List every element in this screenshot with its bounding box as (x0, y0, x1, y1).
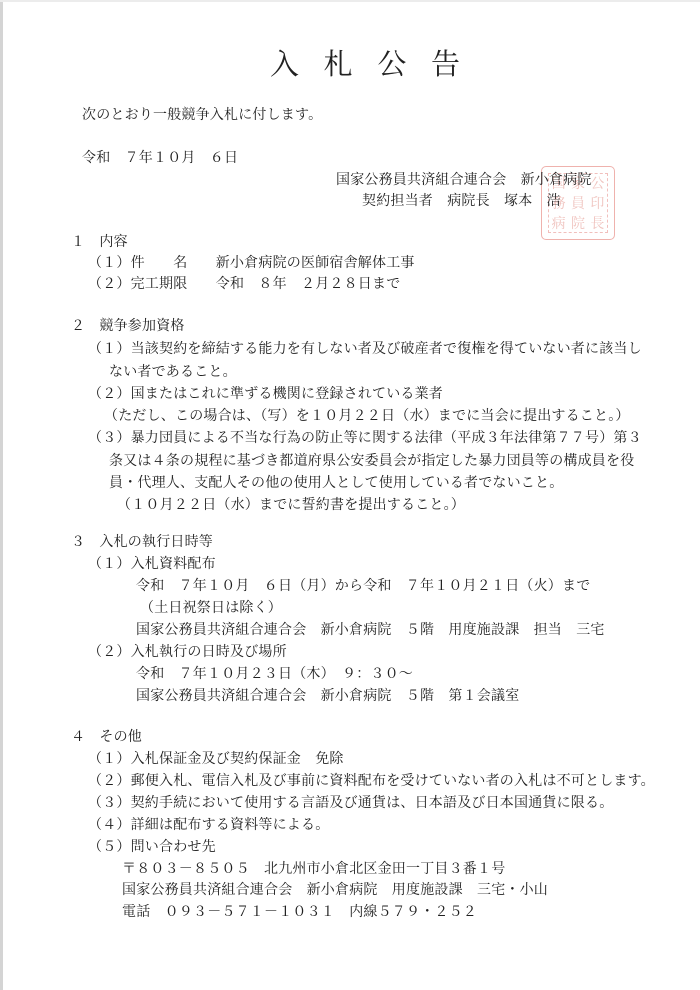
section-heading-bidding-schedule: ３ 入札の執行日時等 (71, 533, 213, 551)
contact-department: 国家公務員共済組合連合会 新小倉病院 用度施設課 三宅・小山 (122, 881, 548, 899)
section-line: ない者であること。 (109, 363, 237, 381)
notice-date: 令和 ７年１０月 ６日 (82, 149, 238, 167)
section-line: 国家公務員共済組合連合会 新小倉病院 ５階 用度施設課 担当 三宅 (136, 621, 605, 639)
section-line: （３）契約手続において使用する言語及び通貨は、日本語及び日本国通貨に限る。 (88, 794, 613, 812)
title-char: 入 (270, 46, 299, 82)
issuer-officer: 契約担当者 病院長 塚本 浩 (362, 192, 561, 210)
page-edge-top (0, 0, 700, 2)
intro-text: 次のとおり一般競争入札に付します。 (82, 106, 322, 124)
contact-phone: 電話 ０９３－５７１－１０３１ 内線５７９・２５２ (122, 903, 477, 921)
section-line: （土日祝祭日は除く） (140, 599, 282, 617)
title-char: 札 (324, 46, 353, 82)
title-char: 告 (431, 46, 460, 82)
section-line: （１）入札資料配布 (88, 555, 216, 573)
section-line: （２）完工期限 令和 ８年 ２月２８日まで (88, 275, 400, 293)
contact-address: 〒８０３－８５０５ 北九州市小倉北区金田一丁目３番１号 (122, 860, 505, 878)
section-line: 令和 ７年１０月２３日（木） ９：３０～ (136, 665, 413, 683)
section-line: （１）件 名 新小倉病院の医師宿舎解体工事 (88, 254, 415, 272)
section-heading-qualifications: ２ 競争参加資格 (71, 317, 185, 335)
section-line: （１）当該契約を締結する能力を有しない者及び破産者で復権を得ていない者に該当し (88, 340, 642, 358)
section-line: （４）詳細は配布する資料等による。 (88, 816, 329, 834)
section-line: 令和 ７年１０月 ６日（月）から令和 ７年１０月２１日（火）まで (136, 577, 590, 595)
section-heading-contents: １ 内容 (71, 233, 128, 251)
section-line: （２）国またはこれに準ずる機関に登録されている業者 (88, 385, 443, 403)
section-line: 国家公務員共済組合連合会 新小倉病院 ５階 第１会議室 (136, 687, 519, 705)
section-line: 条又は４条の規程に基づき都道府県公安委員会が指定した暴力団員等の構成員を役 (109, 452, 634, 470)
page-edge (0, 0, 3, 990)
section-line: （１０月２２日（水）までに誓約書を提出すること。） (117, 496, 465, 514)
title-char: 公 (377, 46, 406, 82)
section-line: （３）暴力団員による不当な行為の防止等に関する法律（平成３年法律第７７号）第３ (88, 429, 642, 447)
section-line: （ただし、この場合は、（写）を１０月２２日（水）までに当会に提出すること。） (104, 407, 630, 425)
section-heading-other: ４ その他 (71, 728, 142, 746)
section-line: （２）入札執行の日時及び場所 (88, 643, 287, 661)
section-line: 員・代理人、支配人その他の使用人として使用している者でないこと。 (109, 474, 563, 492)
section-line: （２）郵便入札、電信入札及び事前に資料配布を受けていない者の入札は不可とします。 (88, 772, 655, 790)
section-line: （５）問い合わせ先 (88, 838, 216, 856)
issuer-organization: 国家公務員共済組合連合会 新小倉病院 (336, 171, 592, 189)
section-line: （１）入札保証金及び契約保証金 免除 (88, 750, 344, 768)
page-title: 入 札 公 告 (270, 46, 460, 82)
